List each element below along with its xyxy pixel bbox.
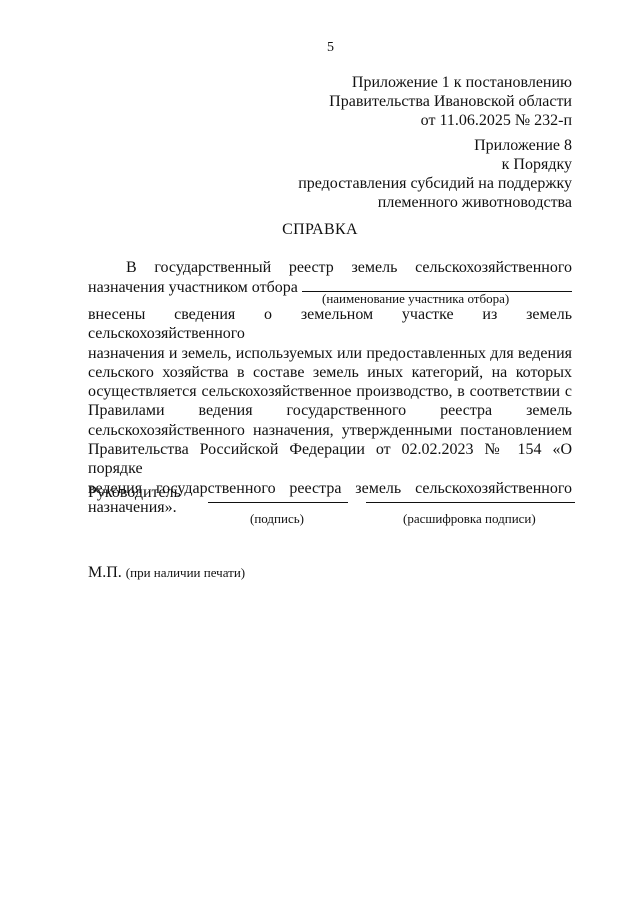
body-line: назначения и земель, используемых или пр…: [88, 344, 572, 363]
appendix-header-line: Приложение 1 к постановлению: [329, 73, 572, 92]
appendix-header: Приложение 1 к постановлению Правительст…: [329, 73, 572, 130]
signature-decode-caption: (расшифровка подписи): [403, 511, 536, 527]
appendix-subheader: Приложение 8 к Порядку предоставления су…: [298, 136, 572, 212]
body-line: Правилами ведения государственного реест…: [88, 401, 572, 420]
stamp-label: М.П.: [88, 564, 122, 581]
appendix-subheader-line: к Порядку: [298, 155, 572, 174]
head-role-label: Руководитель: [88, 484, 181, 502]
appendix-subheader-line: племенного животноводства: [298, 193, 572, 212]
body-line: осуществляется сельскохозяйственное прои…: [88, 382, 572, 401]
signature-field[interactable]: [208, 502, 348, 503]
page-number: 5: [327, 40, 334, 56]
signature-caption: (подпись): [250, 511, 304, 527]
document-title: СПРАВКА: [0, 221, 640, 239]
body-line: Правительства Российской Федерации от 02…: [88, 440, 572, 479]
intro-line: В государственный реестр земель сельскох…: [88, 258, 572, 277]
intro-line: назначения участником отбора: [88, 278, 298, 297]
stamp-placeholder: М.П. (при наличии печати): [88, 564, 245, 582]
body-line: внесены сведения о земельном участке из …: [88, 305, 572, 344]
body-line: сельскохозяйственного назначения, утверж…: [88, 421, 572, 440]
stamp-note: (при наличии печати): [126, 565, 245, 580]
signature-decode-field[interactable]: [366, 502, 575, 503]
appendix-subheader-line: предоставления субсидий на поддержку: [298, 174, 572, 193]
appendix-subheader-line: Приложение 8: [298, 136, 572, 155]
body-line: сельского хозяйства в составе земель ины…: [88, 363, 572, 382]
appendix-header-line: от 11.06.2025 № 232-п: [329, 111, 572, 130]
appendix-header-line: Правительства Ивановской области: [329, 92, 572, 111]
